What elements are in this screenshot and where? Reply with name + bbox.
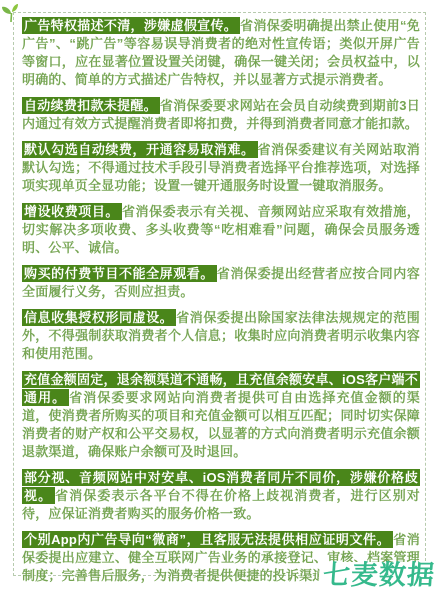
paragraph-highlight: 增设收费项目。 xyxy=(22,203,122,220)
paragraph-auto-renew-no-reminder: 自动续费扣款未提醒。省消保委要求网站在会员自动续费到期前3日内通过有效方式提醒消… xyxy=(22,97,420,133)
paragraph-default-checked-auto-renew: 默认勾选自动续费，开通容易取消难。省消保委建议有关网站取消默认勾选；不得通过技术… xyxy=(22,141,420,195)
paragraph-highlight: 个别App内广告导向“微商”，且客服无法提供相应证明文件。 xyxy=(22,531,393,548)
paragraph-highlight: 自动续费扣款未提醒。 xyxy=(22,97,160,114)
paragraph-highlight: 购买的付费节目不能全屏观看。 xyxy=(22,265,217,282)
paragraph-body: 省消保委要求网站向消费者提供可自由选择充值金额的渠道，使消费者所购买的项目和充值… xyxy=(22,390,420,459)
paragraph-ad-privilege: 广告特权描述不清，涉嫌虚假宣传。省消保委明确提出禁止使用“免广告”、“跳广告”等… xyxy=(22,17,420,89)
paragraph-body: 省消保委表示各平台不得在价格上歧视消费者，进行区别对待，应保证消费者购买的服务价… xyxy=(22,488,420,521)
paragraph-highlight: 默认勾选自动续费，开通容易取消难。 xyxy=(22,141,258,158)
paragraph-price-discrimination: 部分视、音频网站中对安卓、iOS消费者同片不同价，涉嫌价格歧视。省消保委表示各平… xyxy=(22,469,420,523)
paragraph-added-charges: 增设收费项目。省消保委表示有关视、音频网站应采取有效措施，切实解决多项收费、多头… xyxy=(22,203,420,257)
paragraph-info-collection: 信息收集授权形同虚设。省消保委提出除国家法律法规规定的范围外，不得强制获取消费者… xyxy=(22,309,420,363)
paragraph-highlight: 广告特权描述不清，涉嫌虚假宣传。 xyxy=(22,17,240,34)
paragraph-no-fullscreen: 购买的付费节目不能全屏观看。省消保委提出经营者应按合同内容全面履行义务，否则应担… xyxy=(22,265,420,301)
paragraph-highlight: 信息收集授权形同虚设。 xyxy=(22,309,176,326)
paragraph-recharge-fixed: 充值金额固定，退余额渠道不通畅，且充值余额安卓、iOS客户端不通用。省消保委要求… xyxy=(22,371,420,461)
document-content: 广告特权描述不清，涉嫌虚假宣传。省消保委明确提出禁止使用“免广告”、“跳广告”等… xyxy=(22,17,420,591)
qimai-data-watermark: 七麦数据 xyxy=(318,562,436,589)
